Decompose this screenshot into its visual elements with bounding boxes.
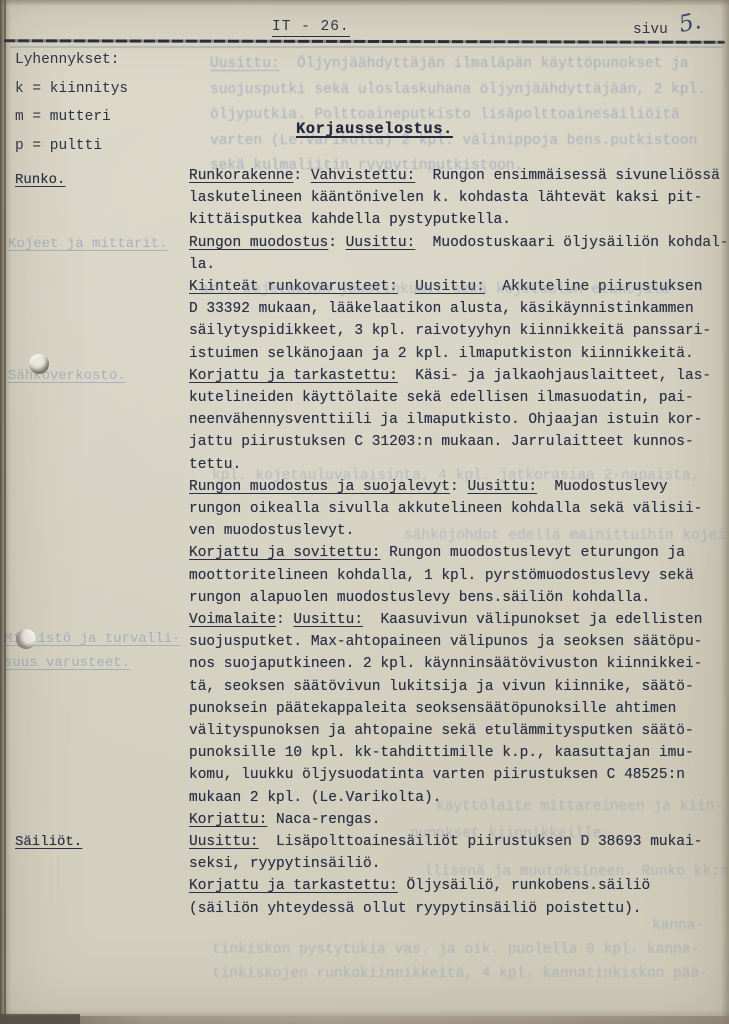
body-line: komu, luukku öljysuodatinta varten piiru…: [189, 767, 685, 789]
body-text: Runkorakenne: Vahvistettu: Rungon ensimm…: [189, 168, 714, 928]
page-label: sivu: [633, 22, 668, 38]
abbreviation-item: m = mutteri: [15, 109, 111, 125]
body-line: Voimalaite: Uusittu: Kaasuvivun välipuno…: [189, 612, 702, 634]
body-line: ven muodostuslevyt.: [189, 523, 354, 545]
body-line: Korjattu: Naca-rengas.: [189, 812, 380, 834]
abbreviation-item: p = pultti: [15, 138, 102, 154]
punch-hole: [29, 354, 49, 374]
body-line: nos suojaputkineen. 2 kpl. käynninsäätöv…: [189, 656, 702, 678]
margin-label-sahkoverkosto: Sähköverkosto.: [8, 368, 126, 384]
margin-label-turvallisuus-2: suus varusteet.: [4, 655, 130, 671]
body-line: moottoritelineen kohdalla, 1 kpl. pyrstö…: [189, 568, 694, 590]
punch-hole: [16, 629, 36, 649]
margin-label-runko: Runko.: [15, 172, 65, 188]
header-rule: [4, 39, 725, 44]
body-line: Rungon muodostus ja suojalevyt: Uusittu:…: [189, 479, 668, 501]
page-corner-shadow: [0, 1014, 80, 1024]
body-line: D 33392 mukaan, lääkelaatikon alusta, kä…: [189, 301, 694, 323]
body-line: (säiliön yhteydessä ollut ryypytinsäiliö…: [189, 901, 641, 923]
page-edge-right: [721, 0, 729, 1024]
doc-reference: IT - 26.: [272, 19, 350, 37]
body-line: jattu piirustuksen C 31203:n mukaan. Jar…: [189, 434, 694, 456]
page-number-handwritten: 5.: [677, 8, 704, 38]
body-line: istuimen selkänojaan ja 2 kpl. ilmaputki…: [189, 346, 694, 368]
abbreviations-title: Lyhennykset:: [15, 52, 119, 68]
body-line: Rungon muodostus: Uusittu: Muodostuskaar…: [189, 235, 729, 257]
ghost-fragment: tinkiskon pystytukia vas. ja oik. puolel…: [212, 942, 699, 958]
section-title: Korjausselostus.: [296, 120, 453, 138]
body-line: Korjattu ja sovitettu: Rungon muodostusl…: [189, 545, 685, 567]
body-line: tettu.: [189, 457, 241, 479]
body-line: kittäisputkea kahdella pystyputkella.: [189, 212, 511, 234]
body-line: rungon oikealla sivulla akkutelineen koh…: [189, 501, 702, 523]
page-edge-line: [4, 0, 6, 1024]
body-line: tä, seoksen säätövivun lukitsija ja vivu…: [189, 679, 694, 701]
next-page-edge: [0, 1016, 729, 1024]
body-line: suojusputket. Max-ahtopaineen välipunos …: [189, 634, 702, 656]
body-line: punoksein päätekappaleita seoksensäätöpu…: [189, 701, 676, 723]
body-line: neenvähennysventtiili ja ilmaputkisto. O…: [189, 412, 702, 434]
body-line: rungon alapuolen muodostuslevy bens.säil…: [189, 590, 650, 612]
abbreviations-block: Lyhennykset: k = kiinnitysm = mutterip =…: [15, 52, 50, 100]
body-line: Kiinteät runkovarusteet: Uusittu: Akkute…: [189, 279, 702, 301]
abbreviation-item: k = kiinnitys: [15, 81, 128, 97]
header-rule-ghost: [10, 46, 723, 48]
margin-label-kojeet: Kojeet ja mittarit.: [8, 236, 168, 252]
ghost-line: varten (Le.Varikolta) 2 kpl. välinippoja…: [210, 133, 697, 149]
body-line: Korjattu ja tarkastettu: Öljysäiliö, run…: [189, 878, 650, 900]
body-line: säilytyspidikkeet, 3 kpl. raivotyyhyn ki…: [189, 323, 711, 345]
body-line: mukaan 2 kpl. (Le.Varikolta).: [189, 790, 441, 812]
body-line: la.: [189, 257, 215, 279]
body-line: välityspunoksen ja ahtopaine sekä etuläm…: [189, 723, 694, 745]
body-line: Runkorakenne: Vahvistettu: Rungon ensimm…: [189, 168, 720, 190]
body-line: laskutelineen kääntönivelen k. kohdasta …: [189, 190, 702, 212]
margin-label-sailiot: Säiliöt.: [15, 834, 82, 850]
ghost-line: suojusputki sekä uloslaskuhana öljynjääh…: [210, 82, 706, 98]
page-edge-top: [0, 0, 729, 6]
body-line: punoksille 10 kpl. kk-tahdittimille k.p.…: [189, 745, 694, 767]
ghost-line: Uusittu: Öljynjäähdyttäjän ilmaläpän käy…: [210, 56, 689, 72]
body-line: kutelineiden käyttölaite sekä edellisen …: [189, 390, 694, 412]
body-line: Korjattu ja tarkastettu: Käsi- ja jalkao…: [189, 368, 711, 390]
body-line: seksi, ryypytinsäiliö.: [189, 856, 380, 878]
document-page: Uusittu: Öljynjäähdyttäjän ilmaläpän käy…: [0, 0, 729, 1024]
ghost-fragment: tinkiskojen runkokiinnikkeitä, 4 kpl. ka…: [212, 966, 708, 982]
body-line: Uusittu: Lisäpolttoainesäiliöt piirustuk…: [189, 834, 702, 856]
